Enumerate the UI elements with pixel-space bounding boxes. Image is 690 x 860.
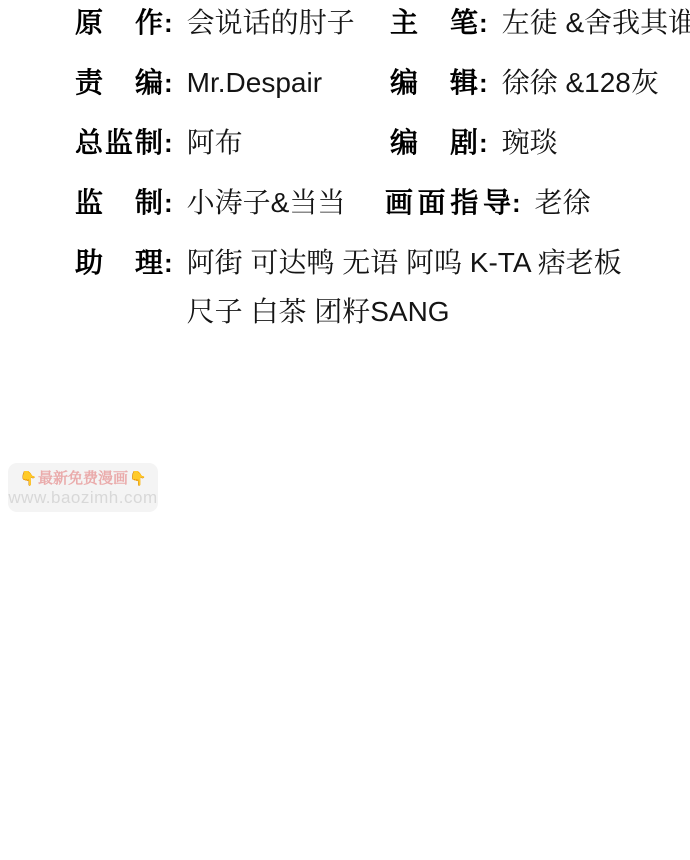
credit-row-1: 原作: 会说话的肘子 主笔: 左徒 &舍我其谁 (75, 8, 690, 38)
credit-chief-producer: 总监制: 阿布 (75, 128, 390, 158)
credit-label: 编辑 (390, 68, 478, 98)
credit-label: 助理 (75, 248, 163, 278)
watermark-url: www.baozimh.com (8, 488, 157, 507)
label-colon: : (164, 188, 173, 218)
label-colon: : (512, 188, 521, 218)
credit-row-assistants: 助理: 阿街 可达鸭 无语 阿呜 K-TA 痞老板 尺子 白茶 团籽SANG (75, 248, 690, 327)
credit-responsible-editor: 责编: Mr.Despair (75, 68, 390, 98)
credit-row-4: 监制: 小涛子&当当 画面指导: 老徐 (75, 188, 690, 218)
credit-value: 阿布 (187, 128, 243, 158)
credit-art-director: 画面指导: 老徐 (390, 188, 690, 218)
label-colon: : (479, 8, 488, 38)
label-colon: : (164, 128, 173, 158)
label-colon: : (164, 68, 173, 98)
point-down-icon: 👇 (20, 469, 37, 488)
watermark-title: 最新免费漫画 (38, 469, 128, 488)
label-colon: : (479, 128, 488, 158)
credit-original-work: 原作: 会说话的肘子 (75, 8, 390, 38)
credit-producer: 监制: 小涛子&当当 (75, 188, 390, 218)
credits-section: 原作: 会说话的肘子 主笔: 左徒 &舍我其谁 责编: Mr.Despair 编… (75, 8, 690, 357)
credit-value: 老徐 (535, 188, 591, 218)
credit-value: 左徒 &舍我其谁 (502, 8, 690, 38)
label-colon: : (479, 68, 488, 98)
assistant-names-line-2: 尺子 白茶 团籽SANG (187, 297, 622, 327)
site-watermark: 👇 最新免费漫画 👇 www.baozimh.com (8, 463, 158, 512)
credit-editor: 编辑: 徐徐 &128灰 (390, 68, 690, 98)
point-down-icon: 👇 (129, 469, 146, 488)
credit-value: 会说话的肘子 (187, 8, 355, 38)
label-colon: : (164, 8, 173, 38)
credit-label: 监制 (75, 188, 163, 218)
credit-screenwriter: 编剧: 琬琰 (390, 128, 690, 158)
credit-row-2: 责编: Mr.Despair 编辑: 徐徐 &128灰 (75, 68, 690, 98)
credit-value: Mr.Despair (187, 68, 322, 98)
watermark-title-line: 👇 最新免费漫画 👇 (20, 469, 147, 488)
credit-label: 总监制 (75, 128, 163, 158)
credit-lead-artist: 主笔: 左徒 &舍我其谁 (390, 8, 690, 38)
credit-label: 责编 (75, 68, 163, 98)
credit-assistants: 助理: 阿街 可达鸭 无语 阿呜 K-TA 痞老板 尺子 白茶 团籽SANG (75, 248, 622, 327)
credit-value: 琬琰 (502, 128, 558, 158)
credit-label: 画面指导 (385, 188, 511, 218)
assistant-name-list: 阿街 可达鸭 无语 阿呜 K-TA 痞老板 尺子 白茶 团籽SANG (187, 248, 622, 327)
assistant-names-line-1: 阿街 可达鸭 无语 阿呜 K-TA 痞老板 (187, 248, 622, 278)
credit-label: 原作 (75, 8, 163, 38)
credit-label: 编剧 (390, 128, 478, 158)
credit-label: 主笔 (390, 8, 478, 38)
credit-value: 徐徐 &128灰 (502, 68, 659, 98)
label-colon: : (164, 248, 173, 278)
credit-value: 小涛子&当当 (187, 188, 346, 218)
credit-row-3: 总监制: 阿布 编剧: 琬琰 (75, 128, 690, 158)
